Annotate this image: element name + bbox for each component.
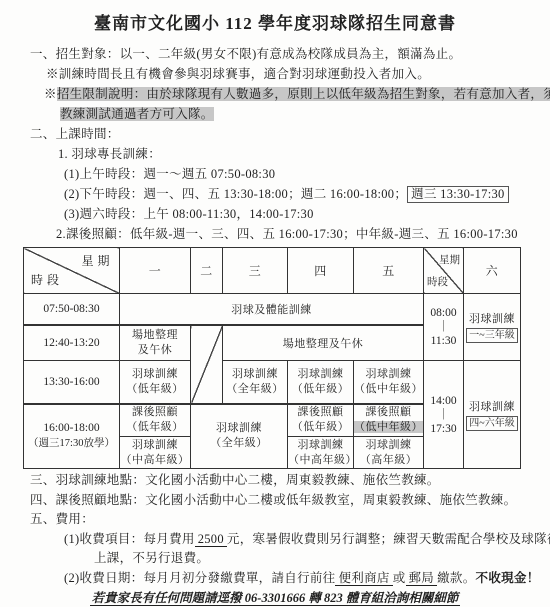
cell-thu-evening: 羽球訓練 （中高年級）: [288, 437, 354, 469]
cell-mon-afternoon: 羽球訓練 （低年級）: [120, 361, 191, 404]
cell-thu-afternoon: 羽球訓練 （低年級）: [288, 361, 354, 404]
section-2: 二、上課時間：: [0, 124, 550, 144]
section-2-item-1: 1. 羽球專長訓練：: [0, 144, 550, 164]
note-2-highlight-1: 招生限制說明：由於球隊現有人數過多，原則上以低年級為招生對象，若有意加入者，須經: [57, 87, 550, 101]
section-2-item-1-2: (2)下午時段：週一、四、五 13:30-18:00；週二 16:00-18:0…: [0, 184, 550, 204]
section-5-item-1-line-2: 上課，不另行退費。: [0, 549, 550, 569]
row-morning: 07:50-08:30 羽球及體能訓練 08:00 ｜ 11:30 羽球訓練 一…: [24, 294, 521, 325]
header-time-label-2: 時段: [427, 274, 448, 289]
page-title: 臺南市文化國小 112 學年度羽球隊招生同意書: [0, 0, 550, 36]
no-cash-notice: 不收現金！: [476, 571, 540, 585]
cell-mon-noon: 場地整理 及午休: [120, 325, 191, 361]
section-5-item-2: (2)收費日期：每月月初分發繳費單，請自行前往便利商店或郵局繳款。不收現金！: [0, 569, 550, 589]
cell-fri-afternoon: 羽球訓練 （低中年級）: [354, 361, 424, 404]
cell-fri-care: 課後照顧 （低中年級）: [354, 404, 424, 437]
boxed-wednesday-time: 週三 13:30-17:30: [407, 186, 508, 203]
section-5-text: 費用：: [56, 512, 94, 526]
cell-morning-training: 羽球及體能訓練: [120, 294, 424, 325]
sat-pm-time: 14:00 ｜ 17:30: [424, 361, 464, 469]
fee-amount: 2500: [195, 532, 227, 547]
sat-am-time: 08:00 ｜ 11:30: [424, 294, 464, 361]
header-week-label: 星 期: [81, 252, 110, 269]
section-3-text: 羽球訓練地點：文化國小活動中心二樓，周東毅教練、施依竺教練。: [56, 473, 440, 487]
payment-place-2: 郵局: [406, 571, 438, 586]
section-1-note-1: ※訓練時間長且有機會參與羽球賽事，適合對羽球運動投入者加入。: [0, 64, 550, 84]
sat-pm-grades-box: 四~六年級: [466, 416, 517, 431]
section-2-item-1-1: (1)上午時段：週一～週五 07:50-08:30: [0, 164, 550, 184]
section-2-item-2: 2.課後照顧：低年級-週一、三、四、五 16:00-17:30；中年級-週三、五…: [0, 224, 550, 244]
header-day-thu: 四: [288, 248, 354, 294]
section-2-text: 上課時間：: [56, 127, 120, 141]
header-corner-left: 星 期 時 段: [24, 248, 120, 294]
section-1: 一、招生對象：以一、二年級(男女不限)有意成為校隊成員為主，額滿為止。: [0, 44, 550, 64]
section-4: 四、課後照顧地點：文化國小活動中心二樓或低年級教室，周東毅教練、施依竺教練。: [0, 491, 550, 511]
section-5: 五、費用：: [0, 510, 550, 530]
section-1-number: 一、: [30, 47, 56, 61]
section-5-number: 五、: [30, 512, 56, 526]
note-2-highlight-2: 教練測試通過者方可入隊。: [60, 107, 214, 121]
header-day-sat: 六: [464, 248, 521, 294]
sat-pm-training: 羽球訓練 四~六年級: [464, 361, 521, 469]
bottom-sections: 三、羽球訓練地點：文化國小活動中心二樓，周東毅教練、施依竺教練。 四、課後照顧地…: [0, 471, 550, 607]
fri-care-grades-highlight: （低中年級）: [354, 421, 423, 433]
cell-fri-evening: 羽球訓練 （高年級）: [354, 437, 424, 469]
time-separator: ｜: [424, 408, 463, 422]
item-1-2-text: (2)下午時段：週一、四、五 13:30-18:00；週二 16:00-18:0…: [64, 187, 407, 201]
time-1600-1800: 16:00-18:00 （週三17:30放學）: [24, 404, 120, 469]
header-day-mon: 一: [120, 248, 191, 294]
header-day-fri: 五: [354, 248, 424, 294]
section-2-item-1-3: (3)週六時段：上午 08:00-11:30，14:00-17:30: [0, 204, 550, 224]
section-5-item-1-line-1: (1)收費項目：每月費用2500元，寒暑假收費則另行調整；練習天數需配合學校及球…: [0, 530, 550, 550]
row-afternoon: 13:30-16:00 羽球訓練 （低年級） 羽球訓練 （全年級） 羽球訓練 （…: [24, 361, 521, 404]
cell-mon-evening: 羽球訓練 （中高年級）: [120, 437, 191, 469]
document-page: 臺南市文化國小 112 學年度羽球隊招生同意書 一、招生對象：以一、二年級(男女…: [0, 0, 550, 607]
cell-mon-care: 課後照顧 （低年級）: [120, 404, 191, 437]
time-separator: ｜: [424, 320, 463, 334]
cell-tue-empty-slash: [191, 325, 223, 404]
sat-am-grades-box: 一~三年級: [466, 328, 517, 343]
time-0750-0830: 07:50-08:30: [24, 294, 120, 325]
time-1240-1320: 12:40-13:20: [24, 325, 120, 361]
section-1-note-2-line-2: 教練測試通過者方可入隊。: [0, 104, 550, 124]
cell-wed-afternoon: 羽球訓練 （全年級）: [223, 361, 288, 404]
section-3-number: 三、: [30, 473, 56, 487]
section-2-number: 二、: [30, 127, 56, 141]
header-day-wed: 三: [223, 248, 288, 294]
table-header-row: 星 期 時 段 一 二 三 四 五 星期 時段 六: [24, 248, 521, 294]
sat-am-training: 羽球訓練 一~三年級: [464, 294, 521, 361]
header-day-tue: 二: [191, 248, 223, 294]
section-1-note-2-line-1: ※招生限制說明：由於球隊現有人數過多，原則上以低年級為招生對象，若有意加入者，須…: [0, 84, 550, 104]
contact-footer: 若貴家長有任何問題請逕撥 06-3301666 轉 823 體育組洽詢相關細節: [0, 588, 550, 607]
cell-thu-care: 課後照顧 （低年級）: [288, 404, 354, 437]
header-corner-right: 星期 時段: [424, 248, 464, 294]
header-time-label: 時 段: [31, 271, 60, 288]
section-4-number: 四、: [30, 493, 56, 507]
section-3: 三、羽球訓練地點：文化國小活動中心二樓，周東毅教練、施依竺教練。: [0, 471, 550, 491]
section-1-text: 招生對象：以一、二年級(男女不限)有意成為校隊成員為主，額滿為止。: [56, 47, 462, 61]
time-1330-1600: 13:30-16:00: [24, 361, 120, 404]
payment-place-1: 便利商店: [335, 571, 392, 586]
note-2-mark: ※: [44, 87, 57, 101]
cell-tue-wed-evening: 羽球訓練 （全年級）: [191, 404, 288, 469]
schedule-table: 星 期 時 段 一 二 三 四 五 星期 時段 六 07:50-08:30 羽球…: [23, 247, 521, 469]
cell-wed-fri-noon: 場地整理及午休: [223, 325, 424, 361]
header-week-label-2: 星期: [439, 252, 460, 267]
section-4-text: 課後照顧地點：文化國小活動中心二樓或低年級教室，周東毅教練、施依竺教練。: [56, 493, 517, 507]
